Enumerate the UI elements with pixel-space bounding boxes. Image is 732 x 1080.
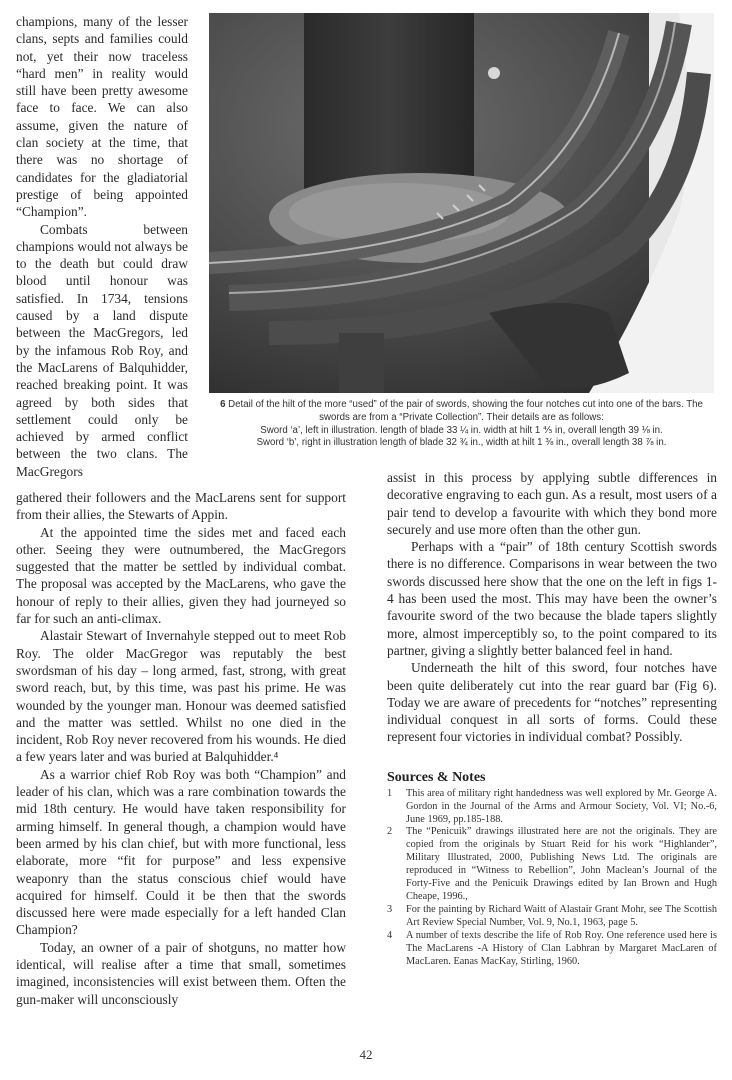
- footnote-1: 1 This area of military right handedness…: [387, 788, 717, 827]
- footnote-number: 1: [387, 788, 406, 827]
- caption-text: Detail of the hilt of the more “used” of…: [228, 399, 703, 423]
- figure-caption: 6 Detail of the hilt of the more “used” …: [209, 399, 714, 450]
- figure-number: 6: [220, 399, 225, 410]
- caption-line-3: Sword ‘b’, right in illustration length …: [209, 437, 714, 450]
- paragraph: Combats between champions would not alwa…: [16, 221, 188, 480]
- paragraph: champions, many of the lesser clans, sep…: [16, 13, 188, 221]
- footnote-text: A number of texts describe the life of R…: [406, 930, 717, 969]
- sources-heading: Sources & Notes: [387, 770, 717, 786]
- paragraph: Perhaps with a “pair” of 18th century Sc…: [387, 538, 717, 659]
- sword-hilt-photo-icon: [209, 13, 714, 393]
- caption-line-2: Sword ‘a’, left in illustration. length …: [209, 425, 714, 438]
- paragraph: At the appointed time the sides met and …: [16, 524, 346, 628]
- caption-line-1: 6 Detail of the hilt of the more “used” …: [209, 399, 714, 425]
- column-left-top: champions, many of the lesser clans, sep…: [16, 13, 188, 480]
- column-right: assist in this process by applying subtl…: [387, 469, 717, 968]
- footnote-text: The “Penicuik” drawings illustrated here…: [406, 826, 717, 903]
- footnote-number: 2: [387, 826, 406, 903]
- page-number: 42: [0, 1047, 732, 1063]
- footnote-text: For the painting by Richard Waitt of Ala…: [406, 904, 717, 930]
- paragraph: assist in this process by applying subtl…: [387, 469, 717, 538]
- footnote-number: 3: [387, 904, 406, 930]
- paragraph: Underneath the hilt of this sword, four …: [387, 659, 717, 745]
- footnote-number: 4: [387, 930, 406, 969]
- footnote-text: This area of military right handedness w…: [406, 788, 717, 827]
- footnote-2: 2 The “Penicuik” drawings illustrated he…: [387, 826, 717, 903]
- column-left-bottom: gathered their followers and the MacLare…: [16, 489, 346, 1008]
- figure-6-photo: [209, 13, 714, 393]
- paragraph: Alastair Stewart of Invernahyle stepped …: [16, 627, 346, 765]
- footnote-4: 4 A number of texts describe the life of…: [387, 930, 717, 969]
- paragraph: As a warrior chief Rob Roy was both “Cha…: [16, 766, 346, 939]
- paragraph: Today, an owner of a pair of shotguns, n…: [16, 939, 346, 1008]
- footnote-3: 3 For the painting by Richard Waitt of A…: [387, 904, 717, 930]
- paragraph: gathered their followers and the MacLare…: [16, 489, 346, 524]
